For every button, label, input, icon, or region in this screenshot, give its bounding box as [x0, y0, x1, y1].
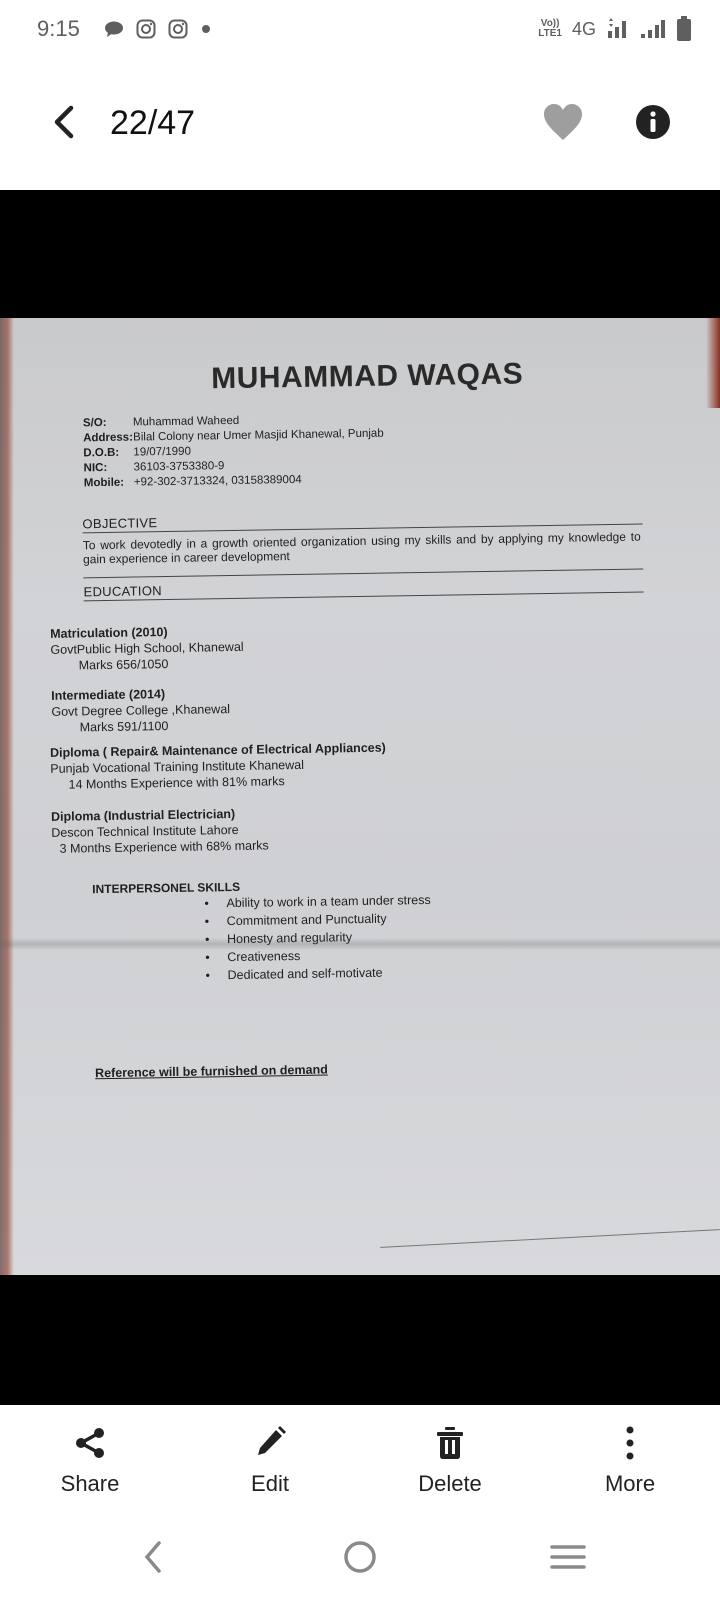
divider [83, 569, 643, 579]
info-label: Address: [83, 431, 133, 447]
delete-button[interactable]: Delete [360, 1405, 540, 1515]
education-item: Diploma (Industrial Electrician) Descon … [51, 805, 269, 856]
share-label: Share [61, 1471, 120, 1497]
signal-icon [606, 18, 630, 40]
instagram-icon [168, 19, 188, 39]
skills-list: Ability to work in a team under stress C… [204, 891, 432, 985]
info-label: Mobile: [84, 476, 134, 492]
education-marks: 3 Months Experience with 68% marks [51, 837, 268, 856]
chat-bubble-icon [104, 20, 124, 38]
delete-icon [432, 1425, 468, 1461]
resume-document: MUHAMMAD WAQAS S/O:Muhammad Waheed Addre… [0, 318, 720, 1275]
divider [84, 592, 644, 602]
viewer-header: 22/47 [0, 60, 720, 190]
resume-name: MUHAMMAD WAQAS [211, 357, 523, 396]
network-type: 4G [572, 19, 596, 40]
image-counter: 22/47 [110, 104, 195, 143]
lte-label: LTE1 [538, 29, 562, 39]
edit-label: Edit [251, 1471, 289, 1497]
heart-icon[interactable] [542, 102, 584, 142]
system-icons: Vo)) LTE1 4G [538, 16, 692, 42]
recents-nav-icon[interactable] [548, 1537, 588, 1577]
objective-title: OBJECTIVE [82, 515, 157, 531]
system-nav-bar [0, 1515, 720, 1600]
info-value: 36103-3753380-9 [133, 459, 224, 475]
education-institute: GovtPublic High School, Khanewal [50, 639, 243, 658]
education-item: Intermediate (2014) Govt Degree College … [51, 685, 230, 736]
objective-text: To work devotedly in a growth oriented o… [83, 530, 641, 567]
share-button[interactable]: Share [0, 1405, 180, 1515]
education-marks: Marks 656/1050 [51, 655, 244, 674]
photo-viewer[interactable]: MUHAMMAD WAQAS S/O:Muhammad Waheed Addre… [0, 190, 720, 1405]
dot-icon [200, 23, 212, 35]
status-bar: 9:15 Vo)) LTE1 4G [0, 0, 720, 60]
more-button[interactable]: More [540, 1405, 720, 1515]
battery-icon [676, 16, 692, 42]
delete-label: Delete [418, 1471, 482, 1497]
info-value: 19/07/1990 [133, 445, 191, 461]
share-icon [72, 1425, 108, 1461]
resume-photo[interactable]: MUHAMMAD WAQAS S/O:Muhammad Waheed Addre… [0, 318, 720, 1275]
reference-note: Reference will be furnished on demand [95, 1063, 328, 1081]
notification-icons [104, 19, 212, 39]
back-icon[interactable] [45, 102, 85, 142]
info-label: D.O.B: [83, 446, 133, 462]
education-institute: Govt Degree College ,Khanewal [51, 701, 230, 720]
volte-icon: Vo)) LTE1 [538, 19, 562, 39]
back-nav-icon[interactable] [135, 1537, 175, 1577]
more-icon [612, 1425, 648, 1461]
skill-item: Ability to work in a team under stress [204, 891, 431, 913]
status-time: 9:15 [37, 16, 80, 42]
education-item: Matriculation (2010) GovtPublic High Sch… [50, 623, 244, 674]
instagram-icon [136, 19, 156, 39]
personal-info: S/O:Muhammad Waheed Address:Bilal Colony… [83, 412, 385, 492]
info-label: NIC: [84, 461, 134, 477]
education-item: Diploma ( Repair& Maintenance of Electri… [50, 740, 386, 793]
skill-item: Dedicated and self-motivate [205, 963, 432, 985]
info-value: +92-302-3713324, 03158389004 [134, 473, 302, 491]
more-label: More [605, 1471, 655, 1497]
home-nav-icon[interactable] [340, 1537, 380, 1577]
edit-button[interactable]: Edit [180, 1405, 360, 1515]
education-title: EDUCATION [83, 583, 162, 599]
education-marks: Marks 591/1100 [52, 717, 231, 736]
signal-icon [640, 18, 666, 40]
info-icon[interactable] [635, 104, 671, 140]
info-value: Muhammad Waheed [133, 414, 240, 431]
action-bar: Share Edit Delete More [0, 1405, 720, 1515]
edit-icon [252, 1425, 288, 1461]
info-label: S/O: [83, 416, 133, 432]
